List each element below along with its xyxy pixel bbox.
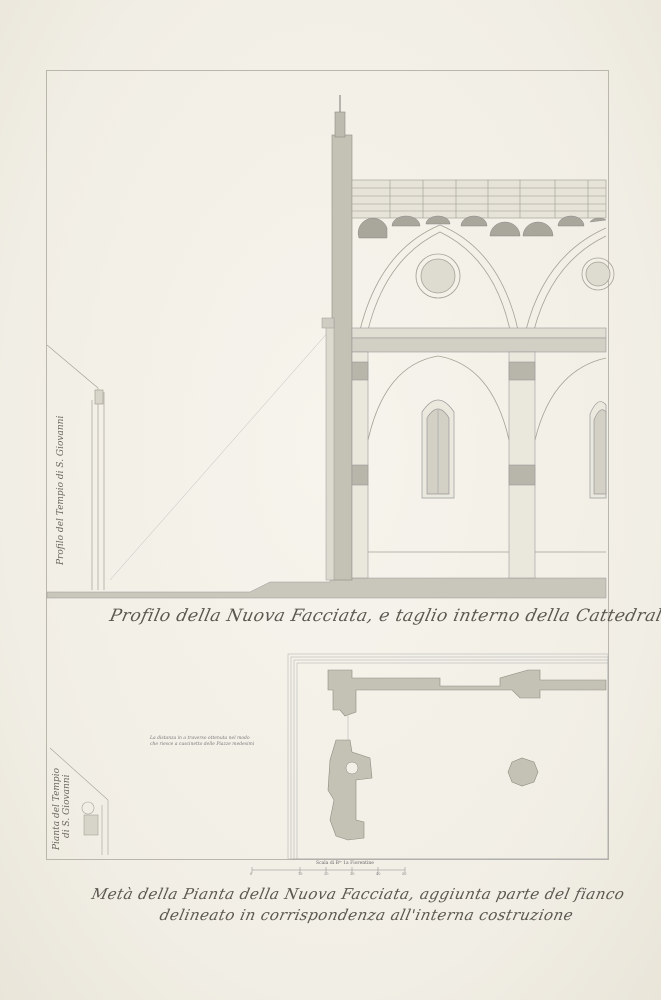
scale-tick: 20 <box>324 872 328 876</box>
roof-truss <box>352 180 606 218</box>
scale-tick: 50 <box>402 872 406 876</box>
nave-vaults <box>360 225 614 330</box>
plan-walls <box>328 670 606 840</box>
scale-tick: 0 <box>250 872 252 876</box>
facade-section <box>322 95 352 580</box>
baptistery-profile-label: Profilo del Tempio di S. Giovanni <box>56 416 66 565</box>
plan-caption-line1: Metà della Pianta della Nuova Facciata, … <box>90 885 626 903</box>
elevation-caption: Profilo della Nuova Facciata, e taglio i… <box>108 606 661 626</box>
baptistery-plan-label-1: Pianta del Tempio <box>52 768 62 850</box>
baptistery-plan-label-2: di S. Giovanni <box>62 775 72 838</box>
plan-note-line1: La distanza in a traverso ottenuta nel m… <box>150 736 250 741</box>
plan-caption-line2: delineato in corrispondenza all'interna … <box>158 906 575 924</box>
scale-tick: 40 <box>376 872 380 876</box>
ground-section <box>47 578 606 598</box>
arcade-arches <box>368 356 606 552</box>
scale-tick: 30 <box>350 872 354 876</box>
scale-bar <box>252 867 405 873</box>
scale-title: Scala di Bᵗᵉ 1a Fiorentine <box>316 861 374 866</box>
vault-lunettes <box>358 216 606 238</box>
architectural-drawing <box>0 0 661 1000</box>
engraving-plate: Profilo della Nuova Facciata, e taglio i… <box>0 0 661 1000</box>
gallery-cornice <box>352 328 606 352</box>
scale-tick: 10 <box>298 872 302 876</box>
plan-note-line2: che riesce a cuscinetto delle Piazze med… <box>150 742 254 747</box>
